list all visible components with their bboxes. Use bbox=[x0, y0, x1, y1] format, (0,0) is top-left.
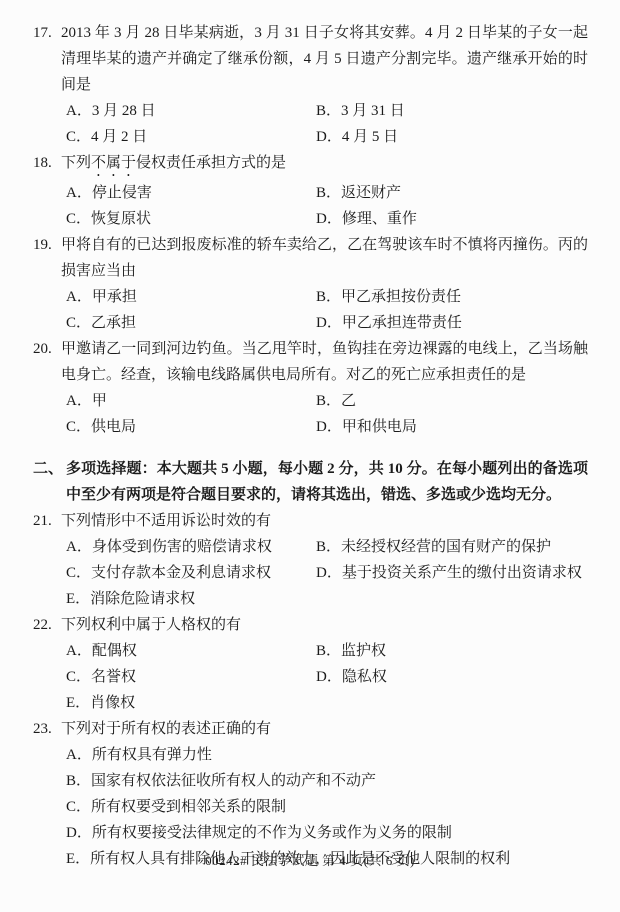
question-17-stem: 2013 年 3 月 28 日毕某病逝，3 月 31 日子女将其安葬。4 月 2… bbox=[61, 20, 588, 98]
question-20-number: 20. bbox=[33, 336, 61, 440]
question-18-option-b: B．返还财产 bbox=[316, 180, 588, 206]
question-18-stem-post: 侵权责任承担方式的是 bbox=[136, 155, 286, 171]
question-18-option-c: C．恢复原状 bbox=[66, 206, 316, 232]
question-20-option-d: D．甲和供电局 bbox=[316, 414, 588, 440]
question-17-number: 17. bbox=[33, 20, 61, 150]
question-18-stem-emphasis: 不属于 bbox=[91, 155, 136, 171]
question-21-option-e: E．消除危险请求权 bbox=[66, 586, 588, 612]
question-19-option-c: C．乙承担 bbox=[66, 310, 316, 336]
question-20-stem: 甲邀请乙一同到河边钓鱼。当乙甩竿时，鱼钩挂在旁边裸露的电线上，乙当场触电身亡。经… bbox=[61, 336, 588, 388]
question-21: 21. 下列情形中不适用诉讼时效的有 A．身体受到伤害的赔偿请求权 B．未经授权… bbox=[33, 508, 588, 612]
question-17-option-a: A．3 月 28 日 bbox=[66, 98, 316, 124]
question-23-option-b: B．国家有权依法征收所有权人的动产和不动产 bbox=[66, 768, 588, 794]
page-footer: 00242# 民法学试题 第 4 页(共 6 页) bbox=[0, 850, 620, 869]
question-21-number: 21. bbox=[33, 508, 61, 612]
question-23-option-a: A．所有权具有弹力性 bbox=[66, 742, 588, 768]
question-19-options: A．甲承担 B．甲乙承担按份责任 C．乙承担 D．甲乙承担连带责任 bbox=[61, 284, 588, 336]
question-18-option-d: D．修理、重作 bbox=[316, 206, 588, 232]
question-21-option-d: D．基于投资关系产生的缴付出资请求权 bbox=[316, 560, 588, 586]
question-22-number: 22. bbox=[33, 612, 61, 716]
question-17-option-c: C．4 月 2 日 bbox=[66, 124, 316, 150]
question-22-options: A．配偶权 B．监护权 C．名誉权 D．隐私权 E．肖像权 bbox=[61, 638, 588, 716]
question-23-number: 23. bbox=[33, 716, 61, 872]
question-23-option-d: D．所有权要接受法律规定的不作为义务或作为义务的限制 bbox=[66, 820, 588, 846]
question-18-stem: 下列不属于侵权责任承担方式的是 bbox=[61, 150, 588, 180]
question-18-number: 18. bbox=[33, 150, 61, 232]
question-23-stem: 下列对于所有权的表述正确的有 bbox=[61, 716, 588, 742]
question-17-options: A．3 月 28 日 B．3 月 31 日 C．4 月 2 日 D．4 月 5 … bbox=[61, 98, 588, 150]
question-19-option-a: A．甲承担 bbox=[66, 284, 316, 310]
question-20-options: A．甲 B．乙 C．供电局 D．甲和供电局 bbox=[61, 388, 588, 440]
question-20-option-b: B．乙 bbox=[316, 388, 588, 414]
section-2-header: 二、 多项选择题：本大题共 5 小题，每小题 2 分，共 10 分。在每小题列出… bbox=[33, 456, 588, 508]
question-19: 19. 甲将自有的已达到报废标准的轿车卖给乙，乙在驾驶该车时不慎将丙撞伤。丙的损… bbox=[33, 232, 588, 336]
question-20: 20. 甲邀请乙一同到河边钓鱼。当乙甩竿时，鱼钩挂在旁边裸露的电线上，乙当场触电… bbox=[33, 336, 588, 440]
question-22-option-d: D．隐私权 bbox=[316, 664, 588, 690]
question-23: 23. 下列对于所有权的表述正确的有 A．所有权具有弹力性 B．国家有权依法征收… bbox=[33, 716, 588, 872]
question-21-stem: 下列情形中不适用诉讼时效的有 bbox=[61, 508, 588, 534]
question-19-number: 19. bbox=[33, 232, 61, 336]
section-2-instructions: 多项选择题：本大题共 5 小题，每小题 2 分，共 10 分。在每小题列出的备选… bbox=[66, 456, 588, 508]
question-18-options: A．停止侵害 B．返还财产 C．恢复原状 D．修理、重作 bbox=[61, 180, 588, 232]
question-18: 18. 下列不属于侵权责任承担方式的是 A．停止侵害 B．返还财产 C．恢复原状… bbox=[33, 150, 588, 232]
question-20-option-a: A．甲 bbox=[66, 388, 316, 414]
question-22: 22. 下列权利中属于人格权的有 A．配偶权 B．监护权 C．名誉权 D．隐私权… bbox=[33, 612, 588, 716]
question-22-option-e: E．肖像权 bbox=[66, 690, 588, 716]
question-23-option-c: C．所有权要受到相邻关系的限制 bbox=[66, 794, 588, 820]
question-22-stem: 下列权利中属于人格权的有 bbox=[61, 612, 588, 638]
question-17-option-d: D．4 月 5 日 bbox=[316, 124, 588, 150]
question-19-option-b: B．甲乙承担按份责任 bbox=[316, 284, 588, 310]
question-18-option-a: A．停止侵害 bbox=[66, 180, 316, 206]
exam-page: 17. 2013 年 3 月 28 日毕某病逝，3 月 31 日子女将其安葬。4… bbox=[0, 0, 620, 912]
question-21-option-b: B．未经授权经营的国有财产的保护 bbox=[316, 534, 588, 560]
question-21-option-c: C．支付存款本金及利息请求权 bbox=[66, 560, 316, 586]
question-17-option-b: B．3 月 31 日 bbox=[316, 98, 588, 124]
section-2-prefix: 二、 bbox=[33, 456, 66, 508]
question-22-option-a: A．配偶权 bbox=[66, 638, 316, 664]
question-21-options: A．身体受到伤害的赔偿请求权 B．未经授权经营的国有财产的保护 C．支付存款本金… bbox=[61, 534, 588, 612]
question-19-option-d: D．甲乙承担连带责任 bbox=[316, 310, 588, 336]
question-22-option-b: B．监护权 bbox=[316, 638, 588, 664]
question-22-option-c: C．名誉权 bbox=[66, 664, 316, 690]
question-21-option-a: A．身体受到伤害的赔偿请求权 bbox=[66, 534, 316, 560]
question-20-option-c: C．供电局 bbox=[66, 414, 316, 440]
question-18-stem-pre: 下列 bbox=[61, 155, 91, 171]
question-17: 17. 2013 年 3 月 28 日毕某病逝，3 月 31 日子女将其安葬。4… bbox=[33, 20, 588, 150]
question-19-stem: 甲将自有的已达到报废标准的轿车卖给乙，乙在驾驶该车时不慎将丙撞伤。丙的损害应当由 bbox=[61, 232, 588, 284]
